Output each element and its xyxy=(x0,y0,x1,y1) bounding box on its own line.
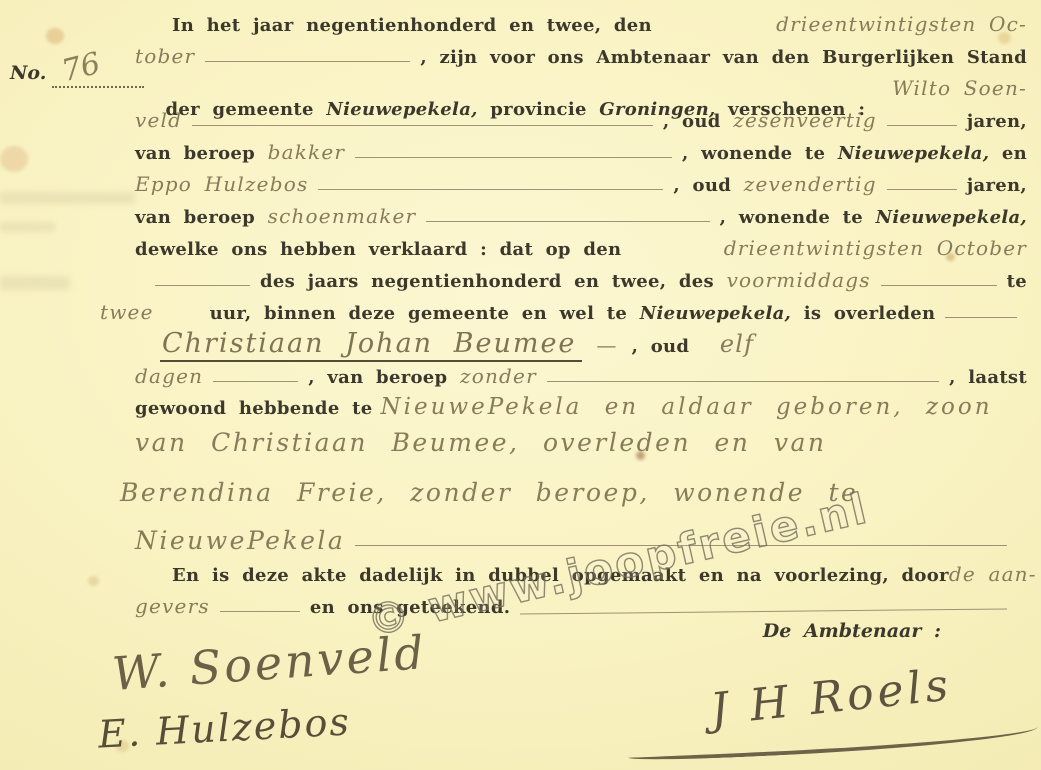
printed-text: te xyxy=(1007,271,1027,292)
blank-rule xyxy=(355,156,672,158)
line-year-time: des jaars negentienhonderd en twee, des … xyxy=(155,268,1027,292)
paper-stain xyxy=(46,28,64,44)
line-date-intro: In het jaar negentienhonderd en twee, de… xyxy=(172,12,1027,36)
handwritten-deceased-name: Christiaan Johan Beumee xyxy=(160,328,582,362)
handwritten-name-cont: veld xyxy=(135,108,182,132)
signature-flourish xyxy=(628,724,1038,762)
printed-text: van beroep xyxy=(135,143,268,164)
line-declaration: dewelke ons hebben verklaard : dat op de… xyxy=(135,236,1027,260)
handwritten-residence: NieuwePekela xyxy=(135,526,345,555)
handwritten-death-date: drieentwintigsten October xyxy=(724,236,1027,260)
handwritten-date: drieentwintigsten Oc- xyxy=(776,12,1027,36)
printed-text: , wonende te xyxy=(682,143,838,164)
handwritten-age: zevendertig xyxy=(744,172,877,196)
line-father: van Christiaan Beumee, overleden en van xyxy=(135,428,1027,457)
death-certificate-scan: No. 76 In het jaar negentienhonderd en t… xyxy=(0,0,1041,770)
blank-rule xyxy=(945,316,1017,318)
official-label: De Ambtenaar : xyxy=(763,620,941,642)
bleedthrough-mark xyxy=(0,192,135,204)
blank-rule xyxy=(426,220,709,222)
blank-rule xyxy=(547,380,939,382)
line-declarant1-occupation: van beroep bakker , wonende te Nieuwepek… xyxy=(135,140,1027,164)
line-declarant1-age: veld , oud zesenveertig jaren, xyxy=(135,108,1027,132)
blank-rule xyxy=(887,124,957,126)
printed-text: des jaars negentienhonderd en twee, des xyxy=(260,271,727,292)
line-declarant2-occupation: van beroep schoenmaker , wonende te Nieu… xyxy=(135,204,1027,228)
paper-stain xyxy=(0,146,28,172)
handwritten-occupation: bakker xyxy=(268,140,346,164)
printed-text: In het jaar negentienhonderd en twee, de… xyxy=(172,15,652,36)
blank-rule xyxy=(220,610,300,612)
handwritten-age: zesenveertig xyxy=(733,108,877,132)
printed-text: is overleden xyxy=(791,303,935,324)
printed-text: , oud xyxy=(673,175,743,196)
act-number-label: No. xyxy=(10,62,46,84)
residence-name: Nieuwepekela, xyxy=(876,207,1027,228)
handwritten-occupation: schoenmaker xyxy=(268,204,417,228)
line-hour-place: twee uur, binnen deze gemeente en wel te… xyxy=(100,300,1027,324)
printed-text: , oud xyxy=(663,111,733,132)
blank-rule xyxy=(881,284,997,286)
blank-rule xyxy=(155,284,250,286)
handwritten-father: van Christiaan Beumee, overleden en van xyxy=(135,428,826,457)
line-declarant2: Eppo Hulzebos , oud zevendertig jaren, xyxy=(135,172,1027,196)
paper-stain xyxy=(88,576,99,586)
blank-rule xyxy=(205,60,410,62)
blank-rule xyxy=(192,124,653,126)
blank-rule xyxy=(318,188,663,190)
line-deceased-age-occupation: dagen , van beroep zonder , laatst xyxy=(135,364,1027,388)
printed-text: , zijn voor ons Ambtenaar van den Burger… xyxy=(420,47,1027,68)
handwritten-days: dagen xyxy=(135,364,203,388)
handwritten-occupation-deceased: zonder xyxy=(460,364,537,388)
printed-text: van beroep xyxy=(135,207,268,228)
handwritten-mother: Berendina Freie, zonder beroep, wonende … xyxy=(120,478,858,507)
bleedthrough-mark xyxy=(0,222,55,232)
line-last-residence: gewoond hebbende te NieuwePekela en alda… xyxy=(135,394,1027,420)
handwritten-declarant2-name: Eppo Hulzebos xyxy=(135,172,308,196)
printed-text: , van beroep xyxy=(308,367,460,388)
signature-official: J H Roels xyxy=(708,659,954,735)
handwritten-declarant1-name: Wilto Soen- xyxy=(892,76,1027,100)
printed-text: , wonende te xyxy=(720,207,876,228)
residence-name: Nieuwepekela, xyxy=(838,143,989,164)
handwritten-daypart: voormiddags xyxy=(727,268,871,292)
signature-declarant2: E. Hulzebos xyxy=(97,699,352,756)
residence-name: Nieuwepekela, xyxy=(640,303,791,324)
act-number-block: No. 76 xyxy=(10,62,140,84)
blank-rule xyxy=(887,188,957,190)
handwritten-age-deceased: elf xyxy=(720,330,754,358)
handwritten-birthplace: NieuwePekela en aldaar geboren, zoon xyxy=(381,394,993,420)
handwritten-signers: de aan- xyxy=(949,562,1037,586)
printed-text: dewelke ons hebben verklaard : dat op de… xyxy=(135,239,621,260)
printed-text: en xyxy=(989,143,1027,164)
blank-rule xyxy=(213,380,298,382)
printed-text: jaren, xyxy=(967,175,1027,196)
blank-rule xyxy=(520,607,1007,614)
handwritten-hour: twee xyxy=(100,300,154,324)
line-month-registrar: tober , zijn voor ons Ambtenaar van den … xyxy=(135,44,1027,68)
printed-text: gewoond hebbende te xyxy=(135,398,373,419)
handwritten-signers-cont: gevers xyxy=(135,594,210,618)
line-mother: Berendina Freie, zonder beroep, wonende … xyxy=(120,478,1027,507)
act-number-value: 76 xyxy=(58,46,104,89)
printed-text: jaren, xyxy=(967,111,1027,132)
line-deceased-name: Christiaan Johan Beumee — , oud elf xyxy=(160,328,1021,362)
bleedthrough-mark xyxy=(0,276,70,290)
printed-text: uur, binnen deze gemeente en wel te xyxy=(210,303,640,324)
handwritten-month: tober xyxy=(135,44,195,68)
handwritten-dash: — xyxy=(596,333,617,357)
printed-text: , oud xyxy=(632,336,702,357)
printed-text: , laatst xyxy=(949,367,1027,388)
